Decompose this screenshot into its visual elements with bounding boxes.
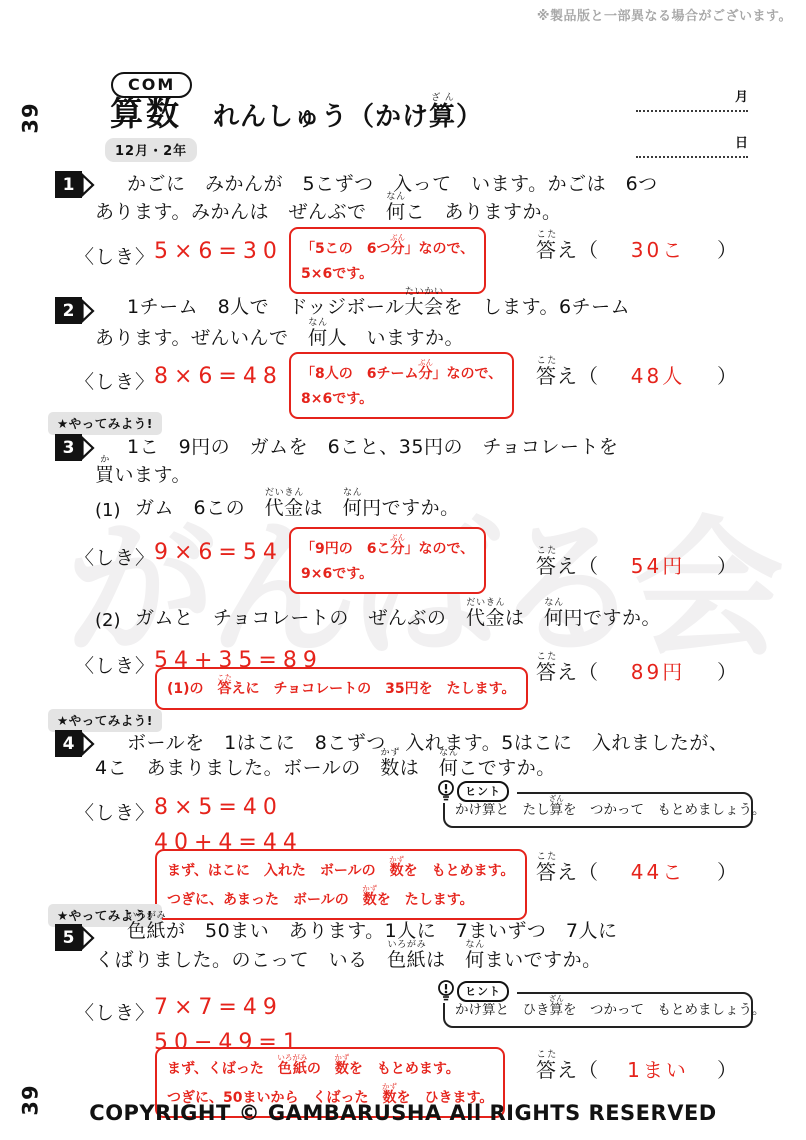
answer-close-paren: ） [717,550,738,579]
problem-3-text-line2: 買かいます。 [95,455,191,488]
lightbulb-icon [437,979,455,1003]
hint-label: ヒント [457,981,509,1002]
problem-3-q1-answer: 答こたえ（ 54円 ） [536,546,738,579]
problem-3-q2-answer: 答こたえ（ 89円 ） [536,652,738,685]
problem-2-shiki-label: 〈しき〉 [75,367,155,394]
try-badge: ★やってみよう! [48,412,162,435]
hint-header: ヒント [437,779,517,803]
problem-3-q1-shiki-label: 〈しき〉 [75,543,155,570]
problem-3-q2-explanation-box: (1)の 答こたえに チョコレートの 35円を たします。 [155,667,528,710]
problem-1-explanation-box: 「5この 6つ分ぶん」なので、5×6です。 [289,227,486,294]
date-month-line[interactable]: 月 [636,88,748,112]
problem-3-q2-text: ガムと チョコレートの ぜんぶの 代金だいきんは 何なん円ですか。 [135,598,661,631]
answer-label: 答こたえ（ [536,852,599,885]
arrow-icon [81,732,95,756]
problem-3-q1-text: ガム 6この 代金だいきんは 何なん円ですか。 [135,488,460,521]
answer-value: 89円 [599,656,717,685]
problem-3-q1-marker: (1) [95,500,121,521]
date-day-line[interactable]: 日 [636,134,748,158]
preview-note: ※製品版と一部異なる場合がございます。 [537,5,792,24]
problem-2-explanation-box: 「8人の 6チーム分ぶん」なので、8×6です。 [289,352,514,419]
problem-2-text-line1: 1チーム 8人で ドッジボール大会たいかいを します。6チーム [127,287,630,320]
problem-3-number-badge: 3 [55,434,95,461]
problem-1-answer: 答こたえ（ 30こ ） [536,230,738,263]
answer-close-paren: ） [717,656,738,685]
problem-2-answer: 答こたえ（ 48人 ） [536,356,738,389]
problem-2-text-line2: あります。ぜんいんで 何なん人 いますか。 [95,318,464,351]
problem-4-text-line2: 4こ あまりました。ボールの 数かずは 何なんこですか。 [95,748,556,781]
answer-value: 48人 [599,360,717,389]
arrow-icon [81,926,95,950]
answer-label: 答こたえ（ [536,356,599,389]
try-badge: ★やってみよう! [48,709,162,732]
problem-3-q2-shiki-label: 〈しき〉 [75,651,155,678]
hint-header: ヒント [437,979,517,1003]
subject-title: 算数 [110,97,182,130]
problem-1-equation: 5×6=30 [154,239,283,264]
arrow-icon [81,436,95,460]
answer-close-paren: ） [717,1054,738,1083]
problem-4-number-badge: 4 [55,730,95,757]
footer-copyright: COPYRIGHT © GAMBARUSHA All RIGHTS RESERV… [0,1101,806,1125]
problem-1-text-line2: あります。みかんは ぜんぶで 何なんこ ありますか。 [95,192,562,225]
problem-5-text-line1: 色紙いろがみが 50まい あります。1人に 7まいずつ 7人に [127,911,617,944]
day-label: 日 [735,136,748,151]
answer-close-paren: ） [717,856,738,885]
answer-label: 答こたえ（ [536,546,599,579]
answer-value: 54円 [599,550,717,579]
problem-2-number-badge: 2 [55,297,95,324]
page-number-top: 39 [16,94,46,142]
problem-5-shiki-label: 〈しき〉 [75,998,155,1025]
page-number-bottom: 39 [16,1076,46,1124]
problem-1-number-badge: 1 [55,171,95,198]
arrow-icon [81,173,95,197]
problem-4-equation-1: 8×5=40 [154,795,283,820]
edition-badge: 12月・2年 [105,138,197,162]
hint-label: ヒント [457,781,509,802]
problem-4-explanation-box: まず、はこに 入れた ボールの 数かずを もとめます。つぎに、あまった ボールの… [155,849,527,920]
answer-label: 答こたえ（ [536,230,599,263]
problem-1-shiki-label: 〈しき〉 [75,242,155,269]
answer-value: 30こ [599,234,717,263]
problem-4-hint: ヒント かけ算ざんと たし算ざんを つかって もとめましょう。 [443,792,753,828]
problem-5-answer: 答こたえ（ 1まい ） [536,1050,738,1083]
problem-4-answer: 答こたえ（ 44こ ） [536,852,738,885]
answer-close-paren: ） [717,360,738,389]
problem-5-equation-1: 7×7=49 [154,995,283,1020]
month-label: 月 [735,90,748,105]
worksheet-page: がんばる会 ※製品版と一部異なる場合がございます。 39 COM 算数 12月・… [0,0,806,1140]
arrow-icon [81,299,95,323]
worksheet-title: れんしゅう（かけ算ざん） [213,93,483,132]
problem-3-q1-explanation-box: 「9円の 6こ分ぶん」なので、9×6です。 [289,527,486,594]
problem-3-q2-marker: (2) [95,610,121,631]
lightbulb-icon [437,779,455,803]
answer-label: 答こたえ（ [536,1050,599,1083]
problem-3-text-line1: 1こ 9円の ガムを 6こと、35円の チョコレートを [127,436,618,460]
answer-close-paren: ） [717,234,738,263]
problem-5-hint: ヒント かけ算ざんと ひき算ざんを つかって もとめましょう。 [443,992,753,1028]
problem-3-q1-equation: 9×6=54 [154,540,283,565]
answer-label: 答こたえ（ [536,652,599,685]
answer-value: 1まい [599,1054,717,1083]
problem-4-shiki-label: 〈しき〉 [75,798,155,825]
problem-2-equation: 8×6=48 [154,364,283,389]
answer-value: 44こ [599,856,717,885]
problem-5-text-line2: くばりました。のこって いる 色紙いろがみは 何なんまいですか。 [95,940,602,973]
problem-5-number-badge: 5 [55,924,95,951]
